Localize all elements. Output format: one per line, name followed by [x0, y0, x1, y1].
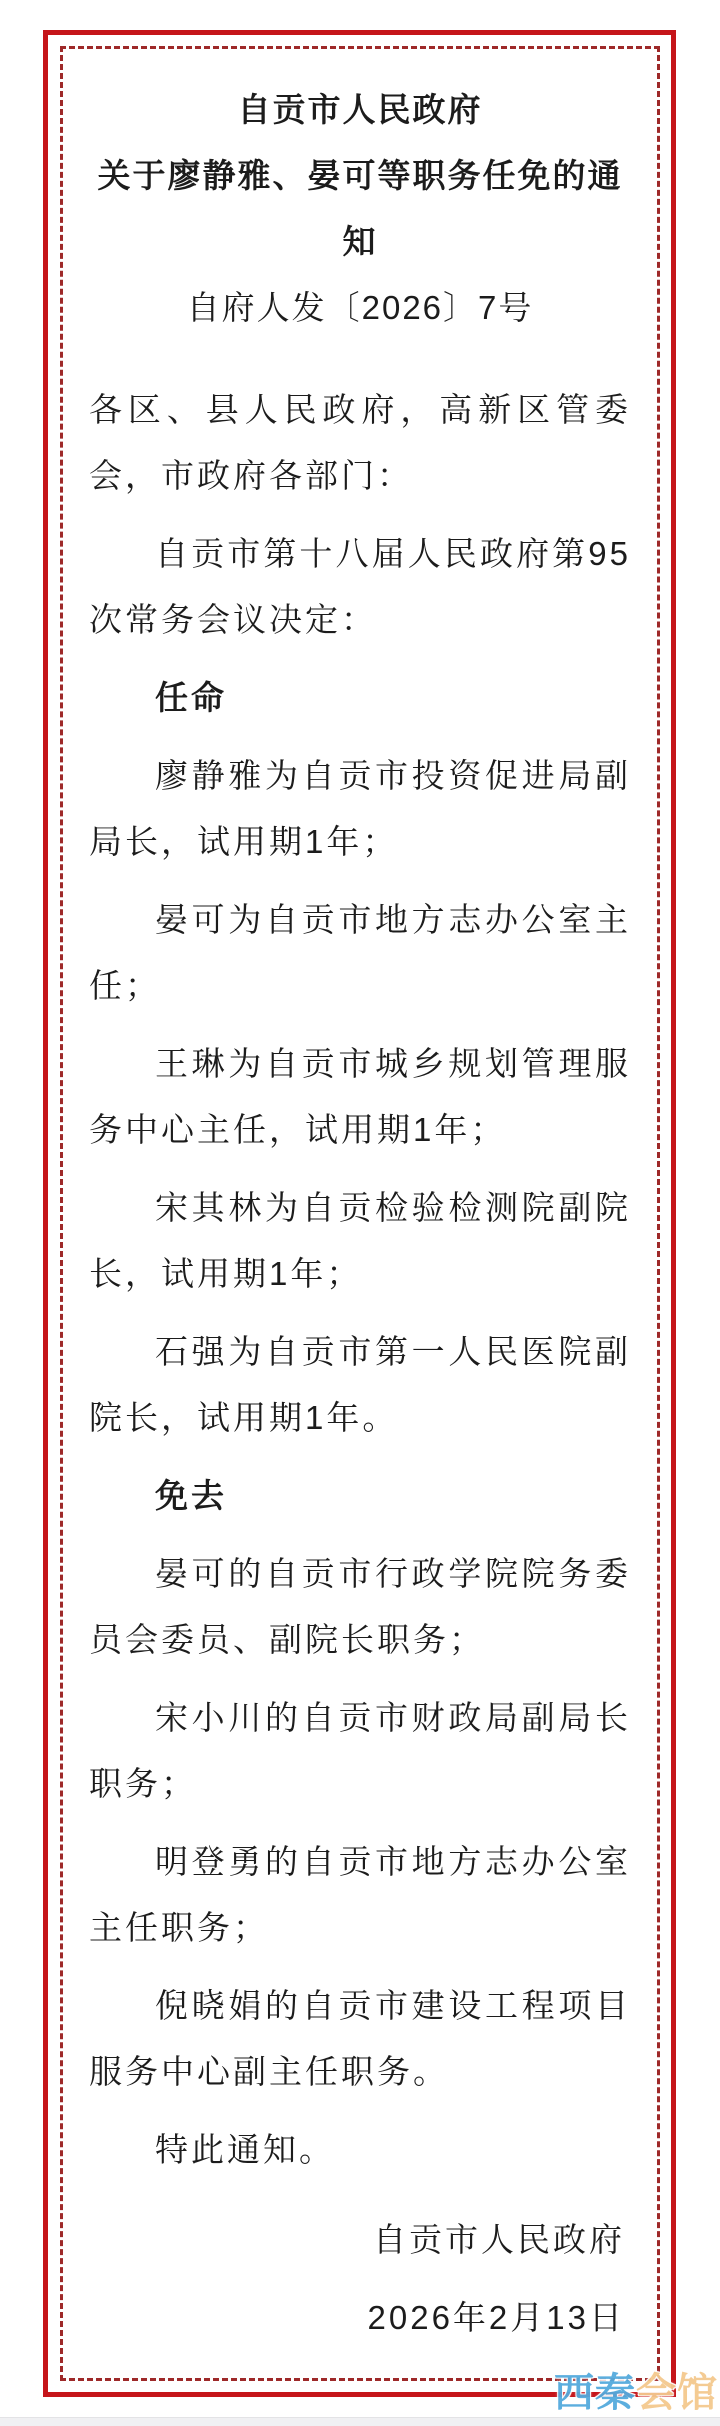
title-issuing-org: 自贡市人民政府 [89, 77, 631, 143]
appointment-item: 廖静雅为自贡市投资促进局副局长，试用期1年； [89, 743, 631, 875]
document-number: 自府人发〔2026〕7号 [89, 275, 631, 341]
removal-item: 倪晓娟的自贡市建设工程项目服务中心副主任职务。 [89, 1973, 631, 2105]
intro-paragraph: 自贡市第十八届人民政府第95次常务会议决定： [89, 521, 631, 653]
watermark-text-blue: 西秦 [554, 2371, 636, 2415]
removal-item: 宋小川的自贡市财政局副局长职务； [89, 1685, 631, 1817]
site-watermark: 西秦会馆 [554, 2361, 718, 2418]
watermark-text-orange: 会馆 [636, 2371, 718, 2415]
appointments-heading: 任命 [89, 665, 631, 731]
closing-line: 特此通知。 [89, 2117, 631, 2183]
appointment-item: 石强为自贡市第一人民医院副院长，试用期1年。 [89, 1319, 631, 1451]
signature-date: 2026年2月13日 [89, 2285, 625, 2351]
document-title: 自贡市人民政府 关于廖静雅、晏可等职务任免的通知 [89, 77, 631, 275]
title-subject: 关于廖静雅、晏可等职务任免的通知 [98, 157, 623, 260]
appointment-item: 晏可为自贡市地方志办公室主任； [89, 887, 631, 1019]
signature-org: 自贡市人民政府 [89, 2207, 625, 2273]
appointment-item: 宋其林为自贡检验检测院副院长，试用期1年； [89, 1175, 631, 1307]
removal-item: 晏可的自贡市行政学院院务委员会委员、副院长职务； [89, 1541, 631, 1673]
removals-heading: 免去 [89, 1463, 631, 1529]
removal-item: 明登勇的自贡市地方志办公室主任职务； [89, 1829, 631, 1961]
page-bottom-strip [0, 2417, 720, 2426]
appointment-item: 王琳为自贡市城乡规划管理服务中心主任，试用期1年； [89, 1031, 631, 1163]
notice-document: 自贡市人民政府 关于廖静雅、晏可等职务任免的通知 自府人发〔2026〕7号 各区… [60, 46, 660, 2381]
salutation: 各区、县人民政府，高新区管委会，市政府各部门： [89, 377, 631, 509]
